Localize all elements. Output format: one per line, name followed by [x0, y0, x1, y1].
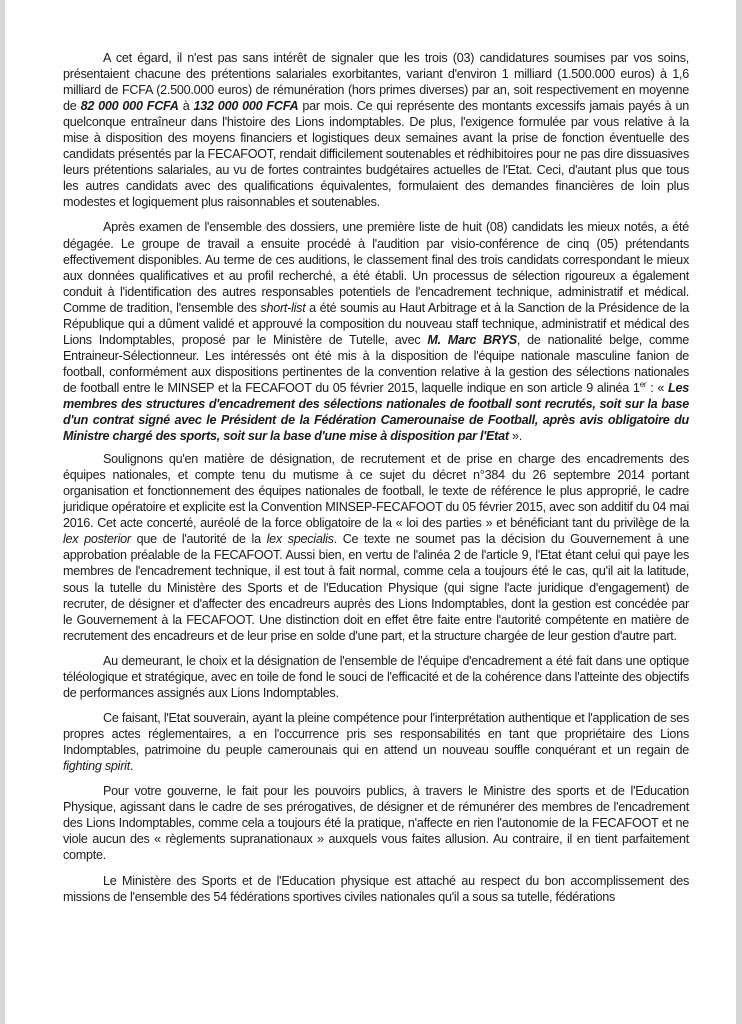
paragraph-selection-process: Après examen de l'ensemble des dossiers,… — [63, 219, 689, 444]
term-fighting-spirit: fighting spirit — [63, 759, 130, 773]
paragraph-ministry-commitment: Le Ministère des Sports et de l'Educatio… — [63, 873, 689, 905]
text-segment: Le Ministère des Sports et de l'Educatio… — [63, 874, 689, 904]
paragraph-autonomy: Pour votre gouverne, le fait pour les po… — [63, 783, 689, 863]
text-segment: Soulignons qu'en matière de désignation,… — [63, 452, 689, 530]
text-segment: . — [130, 759, 133, 773]
text-segment: par mois. Ce qui représente des montants… — [63, 99, 689, 209]
paragraph-strategic-choice: Au demeurant, le choix et la désignation… — [63, 653, 689, 701]
amount-monthly-high: 132 000 000 FCFA — [194, 99, 299, 113]
amount-monthly-low: 82 000 000 FCFA — [81, 99, 179, 113]
document-page: A cet égard, il n'est pas sans intérêt d… — [5, 0, 736, 1024]
text-segment: ». — [509, 429, 522, 443]
term-lex-posterior: lex posterior — [63, 532, 131, 546]
coach-name: M. Marc BRYS — [427, 333, 517, 347]
text-segment: que de l'autorité de la — [131, 532, 267, 546]
paragraph-legal-framework: Soulignons qu'en matière de désignation,… — [63, 451, 689, 644]
text-segment: Ce faisant, l'Etat souverain, ayant la p… — [63, 711, 689, 757]
paragraph-sovereign-state: Ce faisant, l'Etat souverain, ayant la p… — [63, 710, 689, 774]
term-lex-specialis: lex specialis — [267, 532, 334, 546]
text-segment: Au demeurant, le choix et la désignation… — [63, 654, 689, 700]
text-segment: : « — [646, 381, 668, 395]
document-body: A cet égard, il n'est pas sans intérêt d… — [63, 50, 689, 905]
term-short-list: short-list — [260, 301, 305, 315]
text-segment: à — [179, 99, 194, 113]
text-segment: . Ce texte ne soumet pas la décision du … — [63, 532, 689, 642]
text-segment: Pour votre gouverne, le fait pour les po… — [63, 784, 689, 862]
paragraph-salary-claims: A cet égard, il n'est pas sans intérêt d… — [63, 50, 689, 210]
